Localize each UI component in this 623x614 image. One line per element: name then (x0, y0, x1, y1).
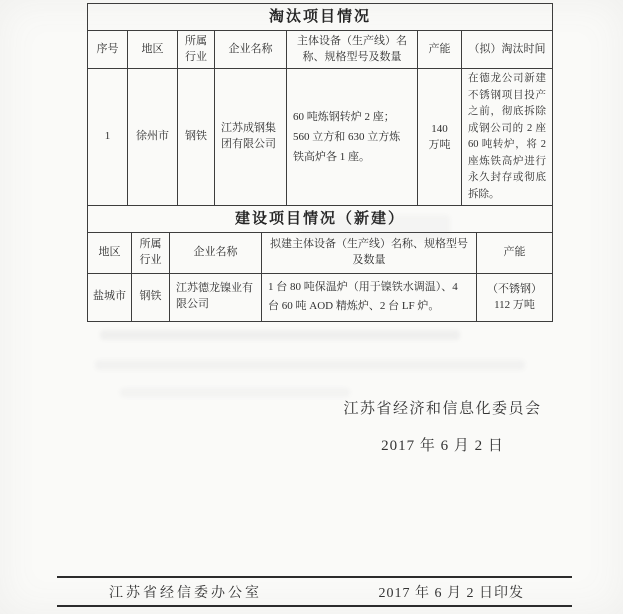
construction-projects-table: 建设项目情况（新建） 地区 所属行业 企业名称 拟建主体设备（生产线）名称、规格… (87, 205, 553, 322)
table-row: 1 徐州市 钢铁 江苏成钢集团有限公司 60 吨炼钢转炉 2 座；560 立方和… (88, 69, 553, 206)
cell-company: 江苏德龙镍业有限公司 (170, 273, 262, 321)
header-industry: 所属行业 (132, 232, 170, 273)
cell-elimination-time: 在德龙公司新建不锈钢项目投产之前，彻底拆除成钢公司的 2 座 60 吨转炉，将 … (462, 69, 553, 206)
header-time: （拟）淘汰时间 (462, 31, 553, 69)
cell-region: 徐州市 (128, 69, 178, 206)
cell-capacity: 140 万吨 (418, 69, 462, 206)
capacity-note: （不锈钢） (481, 281, 548, 297)
header-capacity: 产能 (477, 232, 553, 273)
footer-issue-date: 2017 年 6 月 2 日印发 (379, 582, 525, 602)
table-row: 盐城市 钢铁 江苏德龙镍业有限公司 1 台 80 吨保温炉（用于镍铁水调温）、4… (88, 273, 553, 321)
cell-equipment: 60 吨炼钢转炉 2 座；560 立方和 630 立方炼铁高炉各 1 座。 (287, 69, 418, 206)
capacity-value: 112 万吨 (481, 297, 548, 313)
tables-container: 淘汰项目情况 序号 地区 所属行业 企业名称 主体设备（生产线）名称、规格型号及… (87, 3, 554, 322)
header-industry: 所属行业 (178, 31, 215, 69)
header-equipment: 主体设备（生产线）名称、规格型号及数量 (287, 31, 418, 69)
scan-artifact (120, 388, 350, 397)
cell-industry: 钢铁 (132, 273, 170, 321)
cell-company: 江苏成钢集团有限公司 (215, 69, 287, 206)
scan-artifact (100, 330, 460, 340)
scanned-document-page: 淘汰项目情况 序号 地区 所属行业 企业名称 主体设备（生产线）名称、规格型号及… (0, 0, 623, 614)
signature-block: 江苏省经济和信息化委员会 2017 年 6 月 2 日 (300, 397, 585, 455)
cell-region: 盐城市 (88, 273, 132, 321)
capacity-unit: 万吨 (422, 137, 457, 153)
header-equipment: 拟建主体设备（生产线）名称、规格型号及数量 (262, 232, 477, 273)
header-capacity: 产能 (418, 31, 462, 69)
cell-industry: 钢铁 (178, 69, 215, 206)
header-seq: 序号 (88, 31, 128, 69)
footer-office: 江苏省经信委办公室 (109, 582, 262, 602)
construction-table-title: 建设项目情况（新建） (88, 206, 553, 233)
cell-seq: 1 (88, 69, 128, 206)
capacity-value: 140 (422, 121, 457, 137)
header-company: 企业名称 (170, 232, 262, 273)
eliminated-table-title: 淘汰项目情况 (88, 4, 553, 31)
cell-equipment: 1 台 80 吨保温炉（用于镍铁水调温）、4 台 60 吨 AOD 精炼炉、2 … (262, 273, 477, 321)
signature-date: 2017 年 6 月 2 日 (300, 434, 585, 455)
header-region: 地区 (88, 232, 132, 273)
eliminated-projects-table: 淘汰项目情况 序号 地区 所属行业 企业名称 主体设备（生产线）名称、规格型号及… (87, 3, 553, 206)
cell-capacity: （不锈钢） 112 万吨 (477, 273, 553, 321)
scan-artifact (95, 360, 525, 370)
issuing-organization: 江苏省经济和信息化委员会 (300, 397, 585, 418)
document-footer: 江苏省经信委办公室 2017 年 6 月 2 日印发 (57, 576, 572, 607)
header-company: 企业名称 (215, 31, 287, 69)
header-region: 地区 (128, 31, 178, 69)
